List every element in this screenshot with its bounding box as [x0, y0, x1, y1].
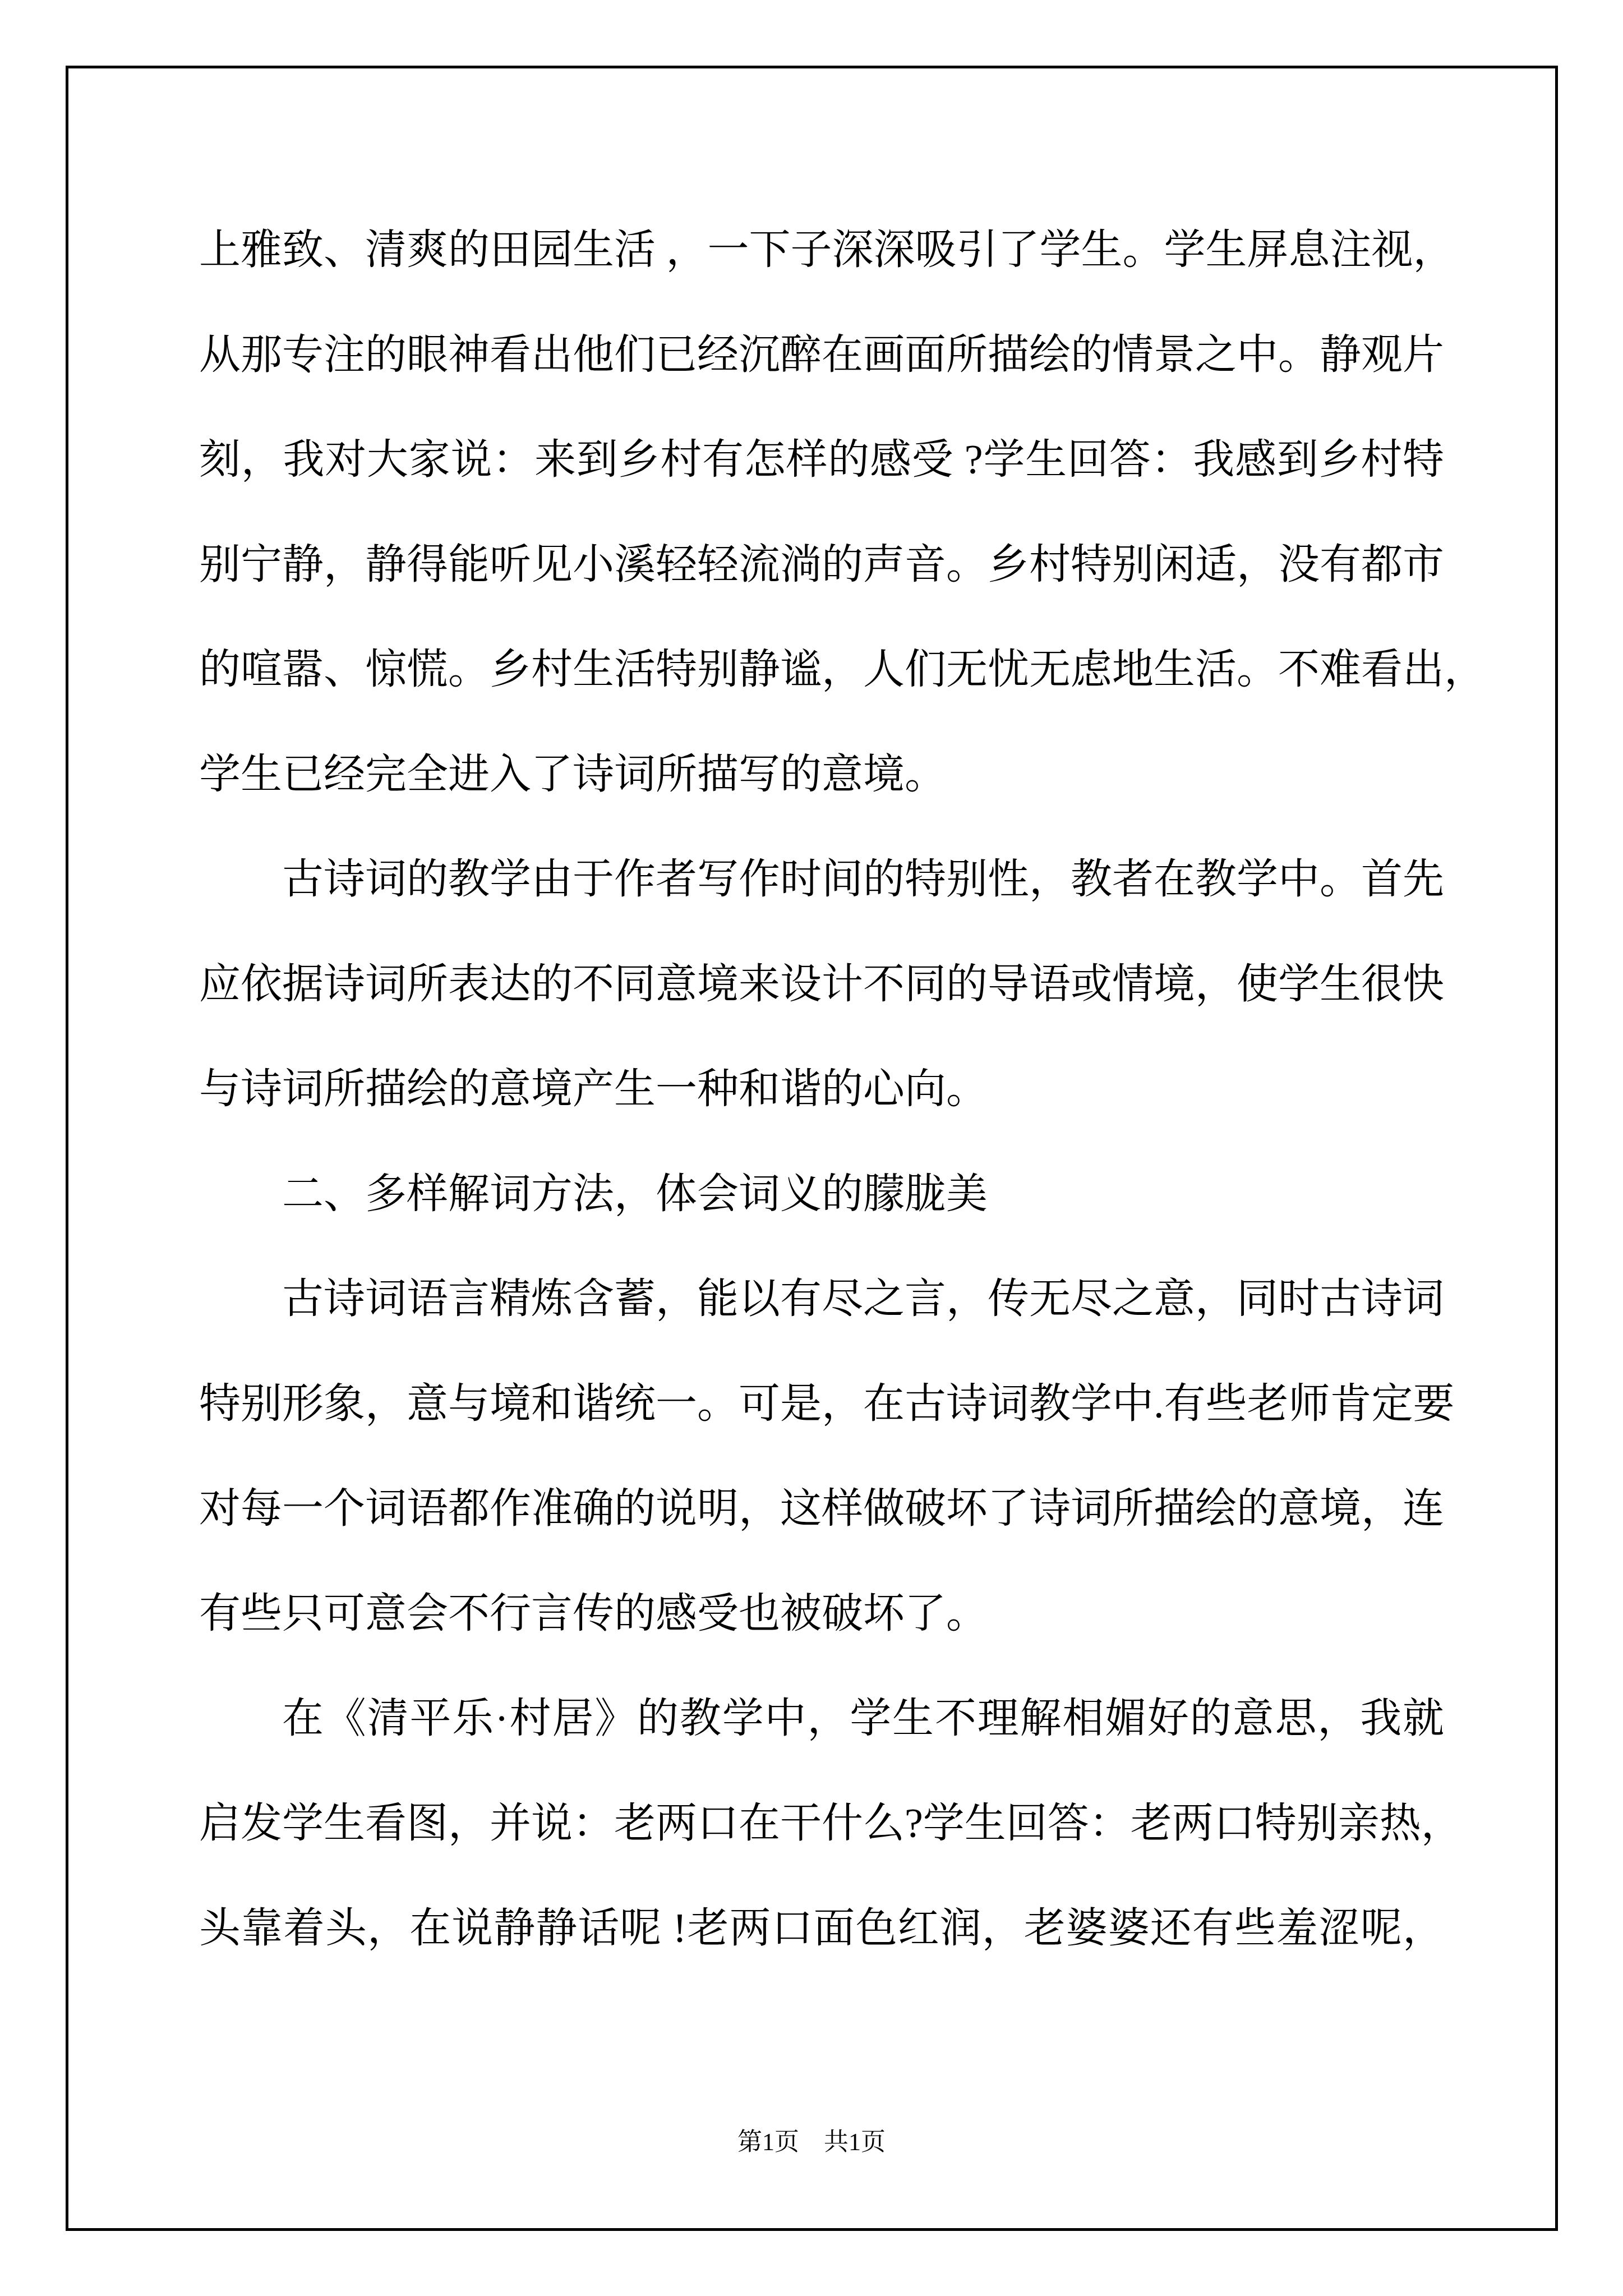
page-footer: 第1页 共1页	[0, 2125, 1623, 2160]
text-line: 头靠着头，在说静静话呢 !老两口面色红润，老婆婆还有些羞涩呢，	[199, 1876, 1444, 1981]
text-line: 特别形象，意与境和谐统一。可是，在古诗词教学中.有些老师肯定要	[199, 1352, 1444, 1457]
text-line: 二、多样解词方法，体会词义的朦胧美	[199, 1142, 1444, 1247]
document-body: 上雅致、清爽的田园生活 ，一下子深深吸引了学生。学生屏息注视，从那专注的眼神看出…	[199, 198, 1444, 1981]
page-number-label: 第1页 共1页	[737, 2128, 886, 2156]
text-line: 的喧嚣、惊慌。乡村生活特别静谧，人们无忧无虑地生活。不难看出，	[199, 618, 1444, 723]
paragraph: 在《清平乐·村居》的教学中，学生不理解相媚好的意思，我就启发学生看图，并说：老两…	[199, 1667, 1444, 1981]
paragraph: 二、多样解词方法，体会词义的朦胧美	[199, 1142, 1444, 1247]
paragraph: 上雅致、清爽的田园生活 ，一下子深深吸引了学生。学生屏息注视，从那专注的眼神看出…	[199, 198, 1444, 827]
text-line: 在《清平乐·村居》的教学中，学生不理解相媚好的意思，我就	[199, 1667, 1444, 1772]
text-line: 启发学生看图，并说：老两口在干什么?学生回答：老两口特别亲热，	[199, 1772, 1444, 1876]
text-line: 对每一个词语都作准确的说明，这样做破坏了诗词所描绘的意境，连	[199, 1457, 1444, 1562]
paragraph: 古诗词语言精炼含蓄，能以有尽之言，传无尽之意，同时古诗词特别形象，意与境和谐统一…	[199, 1247, 1444, 1667]
text-line: 别宁静，静得能听见小溪轻轻流淌的声音。乡村特别闲适，没有都市	[199, 513, 1444, 618]
page: { "page": { "background": "#ffffff", "bo…	[0, 0, 1623, 2296]
text-line: 刻，我对大家说：来到乡村有怎样的感受 ?学生回答：我感到乡村特	[199, 408, 1444, 513]
text-line: 学生已经完全进入了诗词所描写的意境。	[199, 723, 1444, 827]
paragraph: 古诗词的教学由于作者写作时间的特别性，教者在教学中。首先应依据诗词所表达的不同意…	[199, 827, 1444, 1142]
text-line: 从那专注的眼神看出他们已经沉醉在画面所描绘的情景之中。静观片	[199, 303, 1444, 408]
text-line: 上雅致、清爽的田园生活 ，一下子深深吸引了学生。学生屏息注视，	[199, 198, 1444, 303]
text-line: 有些只可意会不行言传的感受也被破坏了。	[199, 1562, 1444, 1667]
text-line: 古诗词的教学由于作者写作时间的特别性，教者在教学中。首先	[199, 827, 1444, 932]
text-line: 与诗词所描绘的意境产生一种和谐的心向。	[199, 1037, 1444, 1142]
text-line: 古诗词语言精炼含蓄，能以有尽之言，传无尽之意，同时古诗词	[199, 1247, 1444, 1352]
text-line: 应依据诗词所表达的不同意境来设计不同的导语或情境，使学生很快	[199, 932, 1444, 1037]
